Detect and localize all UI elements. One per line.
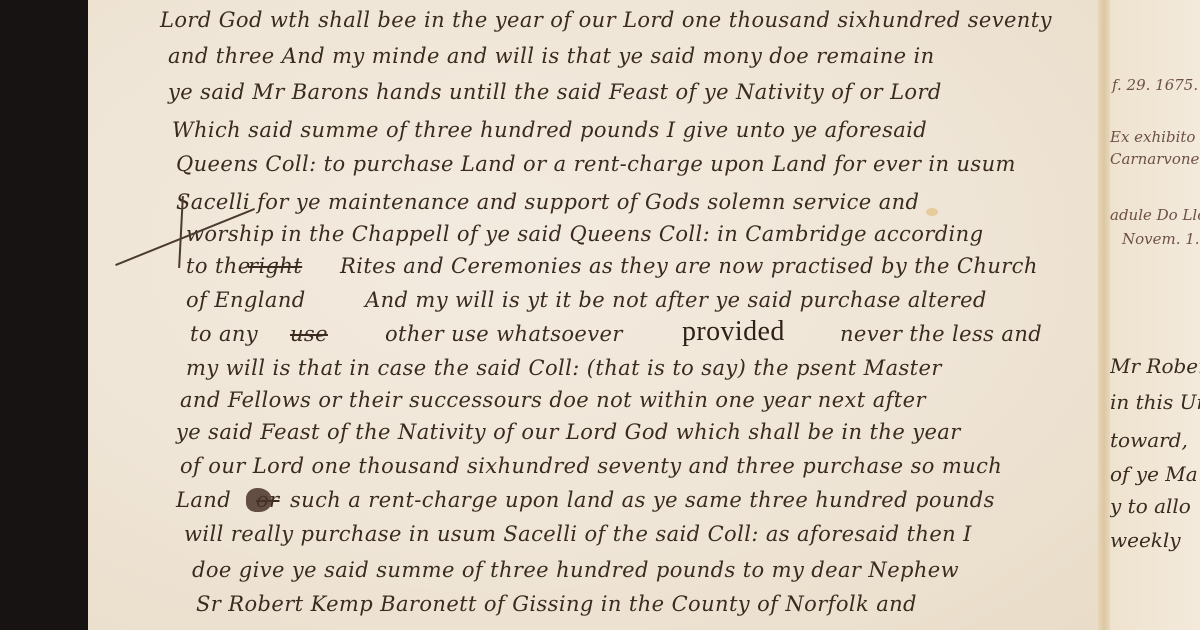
manuscript-word-to-any: to any [190, 322, 258, 346]
facing-page-note: Mr Robert [1110, 354, 1200, 378]
book-gutter [1098, 0, 1110, 630]
emphasis-line: provided [682, 316, 785, 348]
manuscript-word-of-england: of England [186, 288, 306, 312]
manuscript-line: and Fellows or their successours doe not… [180, 388, 926, 412]
manuscript-word-right: right [248, 254, 302, 278]
facing-page-note: Carnarvonensi [1110, 150, 1200, 168]
manuscript-line: such a rent-charge upon land as ye same … [290, 488, 995, 512]
facing-page-note: adule Do Lloyd [1110, 206, 1200, 224]
manuscript-line: never the less and [840, 322, 1042, 346]
manuscript-line: Rites and Ceremonies as they are now pra… [340, 254, 1038, 278]
manuscript-line: Sacelli for ye maintenance and support o… [176, 190, 919, 214]
manuscript-line: Queens Coll: to purchase Land or a rent-… [176, 152, 1016, 176]
facing-page-note: of ye Ma [1110, 462, 1198, 486]
emphasis-word-provided: provided [682, 316, 785, 347]
manuscript-line: and three And my minde and will is that … [168, 44, 935, 68]
manuscript-line: ye said Mr Barons hands untill the said … [168, 80, 942, 104]
facing-page-note: f. 29. 1675. [1112, 76, 1198, 94]
manuscript-line: other use whatsoever [385, 322, 623, 346]
facing-page-note: Novem. 1. [1122, 230, 1200, 248]
facing-page-note: Ex exhibito coram [1110, 128, 1200, 146]
manuscript-line: doe give ye said summe of three hundred … [192, 558, 959, 582]
ink-blot [246, 488, 272, 512]
facing-page-note: in this Un [1110, 390, 1200, 414]
facing-page-note: toward, [1110, 428, 1188, 452]
manuscript-word-to-the: to the [186, 254, 251, 278]
manuscript-line: Lord God wth shall bee in the year of ou… [160, 8, 1052, 32]
manuscript-line: ye said Feast of the Nativity of our Lor… [176, 420, 961, 444]
manuscript-line: And my will is yt it be not after ye sai… [365, 288, 987, 312]
manuscript-line: my will is that in case the said Coll: (… [186, 356, 942, 380]
manuscript-line: of our Lord one thousand sixhundred seve… [180, 454, 1002, 478]
manuscript-line: will really purchase in usum Sacelli of … [184, 522, 972, 546]
manuscript-line: Sr Robert Kemp Baronett of Gissing in th… [196, 592, 917, 616]
manuscript-word-use: use [290, 322, 328, 346]
manuscript-line: Land [176, 488, 231, 512]
manuscript-line: Which said summe of three hundred pounds… [172, 118, 927, 142]
dark-backdrop [0, 0, 88, 630]
facing-page-note: y to allo [1110, 494, 1191, 518]
facing-page: f. 29. 1675.Ex exhibito coramCarnarvonen… [1110, 0, 1200, 630]
manuscript-line: worship in the Chappell of ye said Queen… [186, 222, 983, 246]
paper-stain [926, 208, 938, 216]
facing-page-note: weekly [1110, 528, 1181, 552]
